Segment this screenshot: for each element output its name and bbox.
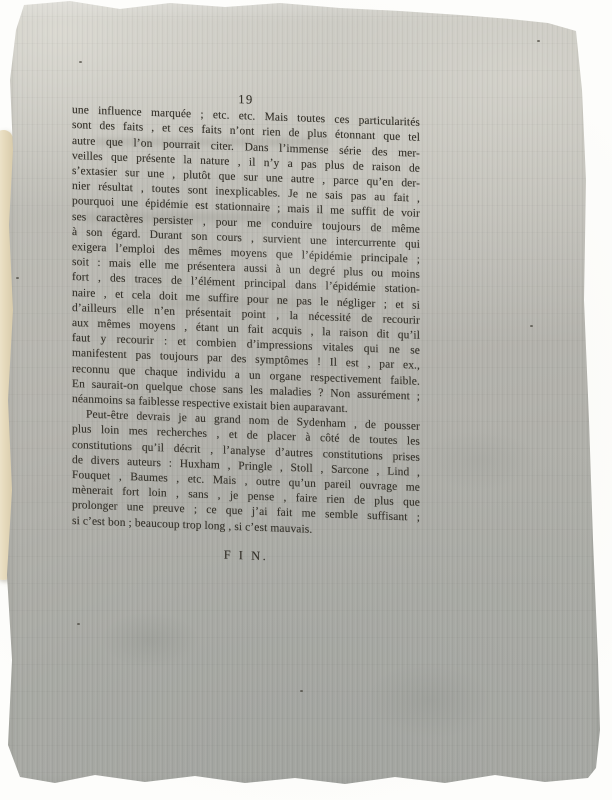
paragraph-2: Peut-être devrais je au grand nom de Syd… — [72, 407, 420, 541]
paper-speck — [530, 325, 533, 327]
page-text-block: 19 une influence marquée ; etc. etc. Mai… — [72, 86, 420, 570]
paper-speck — [79, 61, 82, 63]
paper-speck — [77, 623, 80, 625]
photo-canvas: 19 une influence marquée ; etc. etc. Mai… — [0, 0, 612, 800]
fin-label: F I N. — [72, 542, 420, 570]
paper-speck — [300, 690, 303, 692]
paper-speck — [16, 277, 19, 279]
paper-speck — [537, 40, 540, 42]
paragraph-1: une influence marquée ; etc. etc. Mais t… — [72, 103, 420, 420]
book-page: 19 une influence marquée ; etc. etc. Mai… — [0, 0, 612, 800]
